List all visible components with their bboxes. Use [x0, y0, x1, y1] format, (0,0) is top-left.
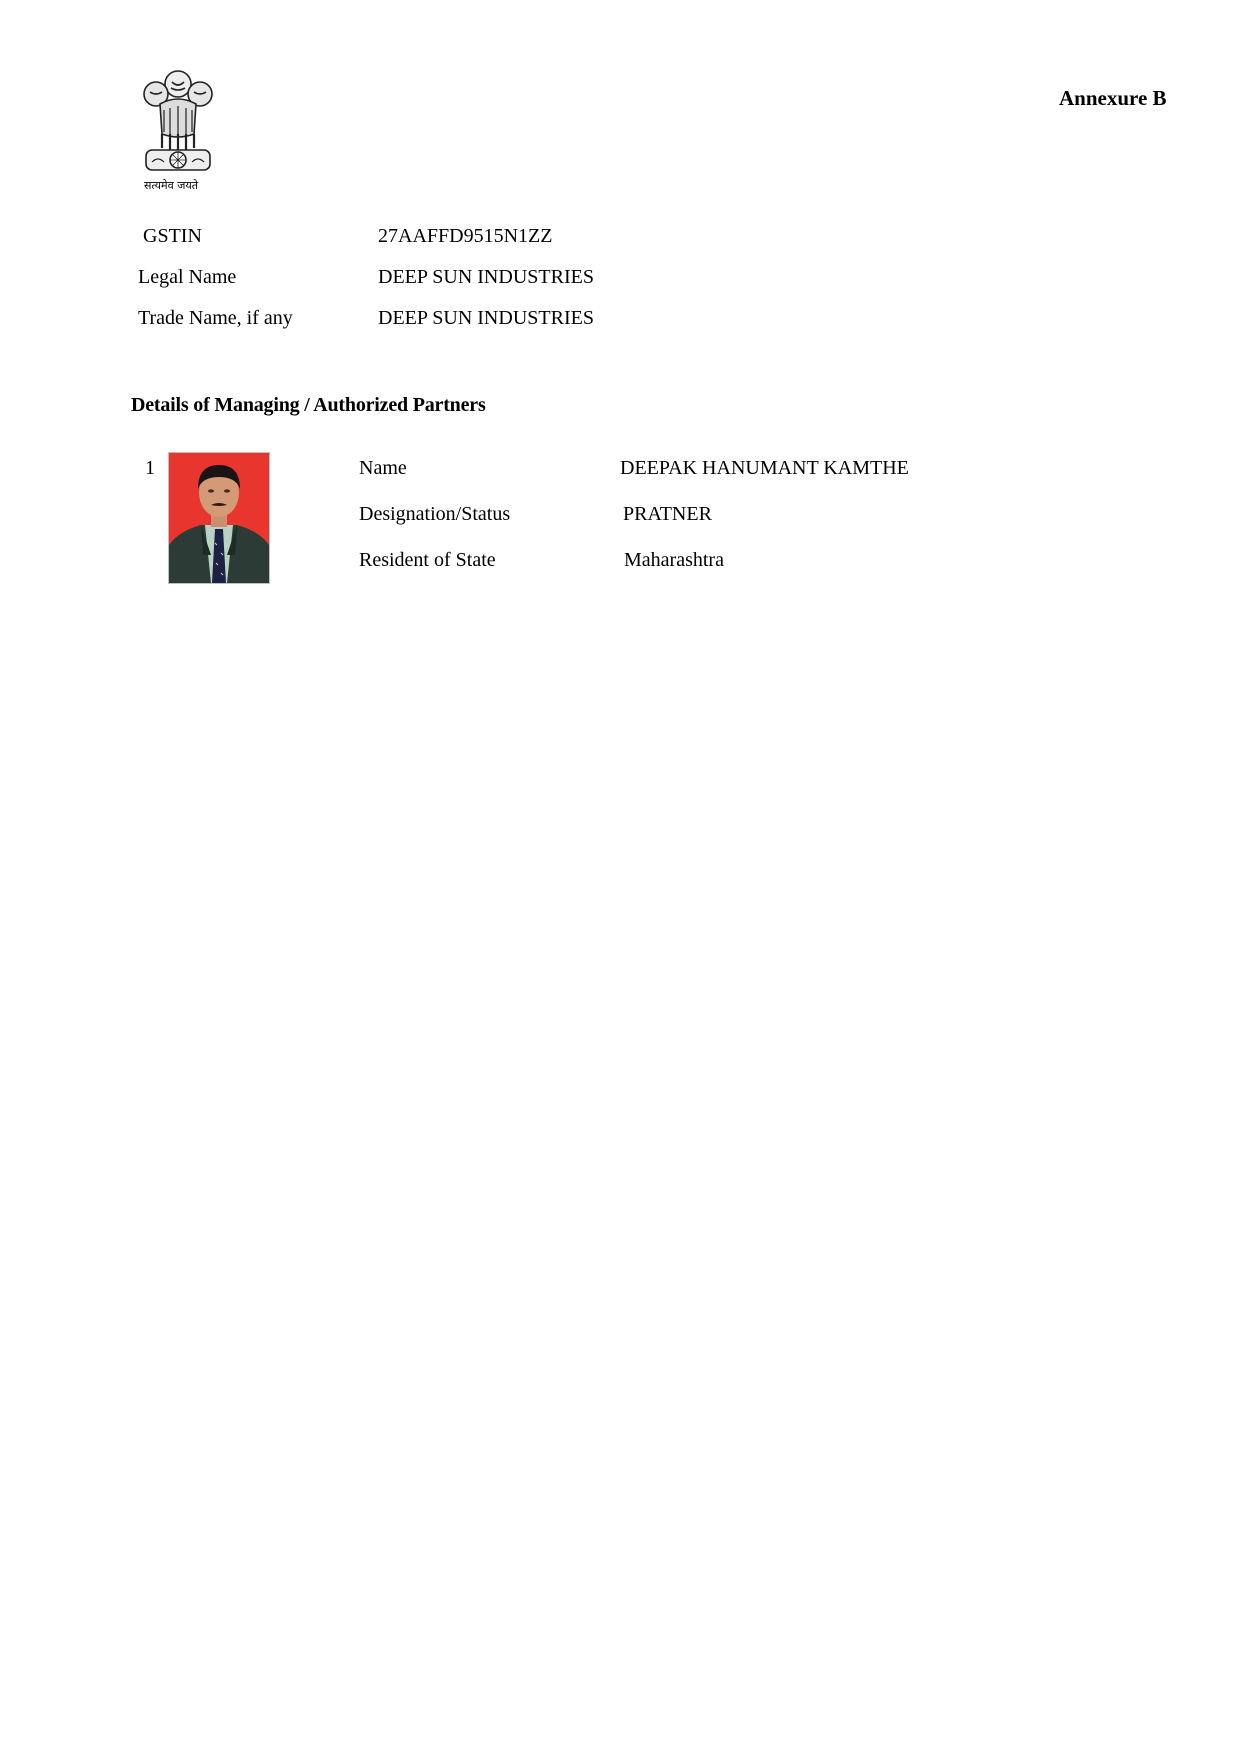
gstin-label: GSTIN	[143, 225, 202, 248]
national-emblem: सत्यमेव जयते	[138, 66, 218, 198]
legal-name-value: DEEP SUN INDUSTRIES	[378, 266, 594, 289]
gstin-value: 27AAFFD9515N1ZZ	[378, 225, 552, 248]
partner-designation-label: Designation/Status	[359, 503, 510, 526]
partner-name-value: DEEPAK HANUMANT KAMTHE	[620, 457, 909, 480]
person-photo-icon	[169, 453, 269, 583]
partner-designation-value: PRATNER	[623, 503, 712, 526]
partner-name-label: Name	[359, 457, 407, 480]
ashoka-emblem-icon	[138, 66, 218, 178]
emblem-motto: सत्यमेव जयते	[144, 178, 198, 193]
partner-state-label: Resident of State	[359, 549, 496, 572]
partners-heading: Details of Managing / Authorized Partner…	[131, 394, 486, 417]
partner-photo	[168, 452, 270, 584]
annexure-label: Annexure B	[1059, 86, 1167, 111]
partner-index: 1	[145, 457, 155, 480]
partner-state-value: Maharashtra	[624, 549, 724, 572]
trade-name-label: Trade Name, if any	[138, 307, 293, 330]
trade-name-value: DEEP SUN INDUSTRIES	[378, 307, 594, 330]
legal-name-label: Legal Name	[138, 266, 236, 289]
